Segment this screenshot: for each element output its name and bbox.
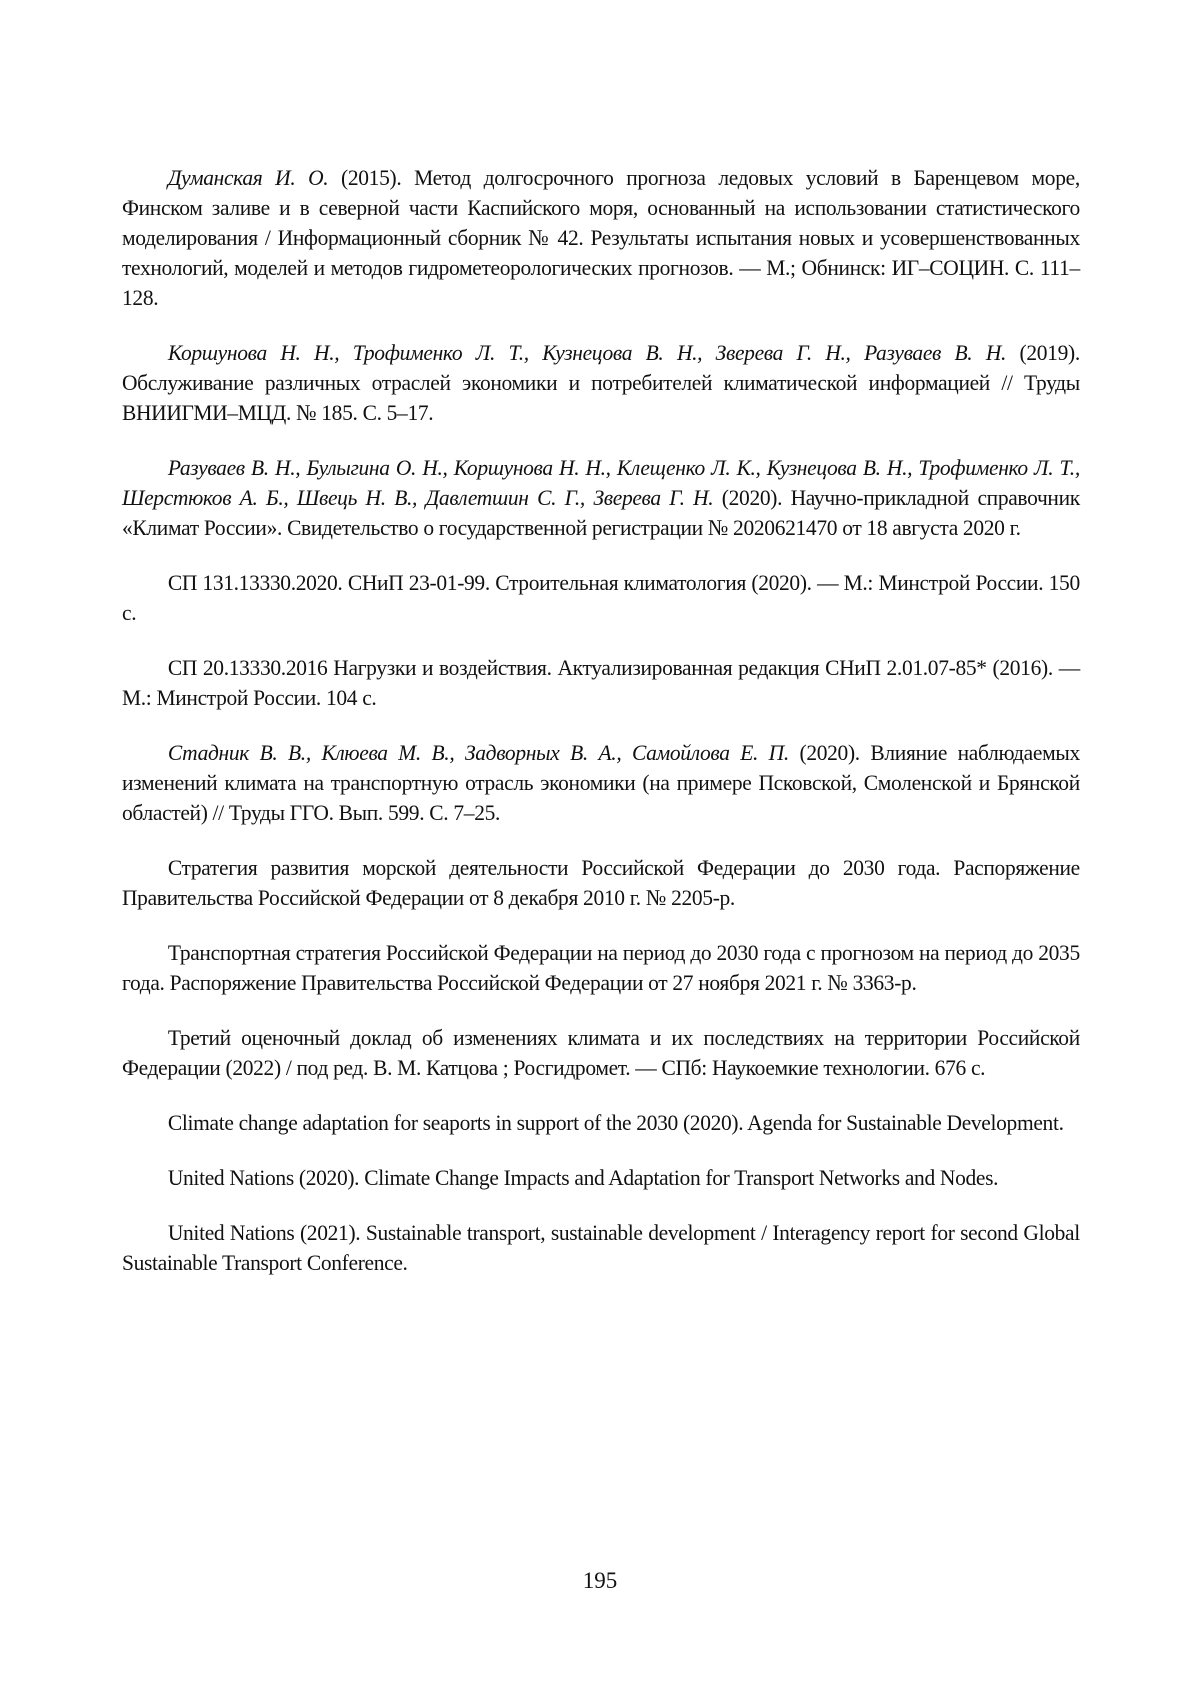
reference-text: United Nations (2020). Climate Change Im…: [168, 1165, 998, 1190]
reference-list: Думанская И. О. (2015). Метод долгосрочн…: [122, 163, 1080, 1303]
reference-text: Стратегия развития морской деятельности …: [122, 855, 1080, 910]
reference-text: Третий оценочный доклад об изменениях кл…: [122, 1025, 1080, 1080]
reference-text: Транспортная стратегия Российской Федера…: [122, 940, 1080, 995]
reference-entry: United Nations (2021). Sustainable trans…: [122, 1218, 1080, 1278]
page-number: 195: [0, 1566, 1200, 1596]
reference-entry: Думанская И. О. (2015). Метод долгосрочн…: [122, 163, 1080, 313]
reference-authors: Стадник В. В., Клюева М. В., Задворных В…: [168, 740, 789, 765]
reference-entry: United Nations (2020). Climate Change Im…: [122, 1163, 1080, 1193]
reference-entry: Стратегия развития морской деятельности …: [122, 853, 1080, 913]
reference-entry: Стадник В. В., Клюева М. В., Задворных В…: [122, 738, 1080, 828]
reference-entry: Разуваев В. Н., Булыгина О. Н., Коршунов…: [122, 453, 1080, 543]
reference-entry: Коршунова Н. Н., Трофименко Л. Т., Кузне…: [122, 338, 1080, 428]
reference-authors: Коршунова Н. Н., Трофименко Л. Т., Кузне…: [168, 340, 1006, 365]
reference-entry: СП 20.13330.2016 Нагрузки и воздействия.…: [122, 653, 1080, 713]
reference-text: СП 20.13330.2016 Нагрузки и воздействия.…: [122, 655, 1080, 710]
reference-entry: Третий оценочный доклад об изменениях кл…: [122, 1023, 1080, 1083]
reference-entry: Транспортная стратегия Российской Федера…: [122, 938, 1080, 998]
reference-text: United Nations (2021). Sustainable trans…: [122, 1220, 1080, 1275]
reference-entry: СП 131.13330.2020. СНиП 23-01-99. Строит…: [122, 568, 1080, 628]
reference-authors: Думанская И. О.: [168, 165, 328, 190]
reference-text: Climate change adaptation for seaports i…: [168, 1110, 1064, 1135]
reference-entry: Climate change adaptation for seaports i…: [122, 1108, 1080, 1138]
reference-text: СП 131.13330.2020. СНиП 23-01-99. Строит…: [122, 570, 1080, 625]
